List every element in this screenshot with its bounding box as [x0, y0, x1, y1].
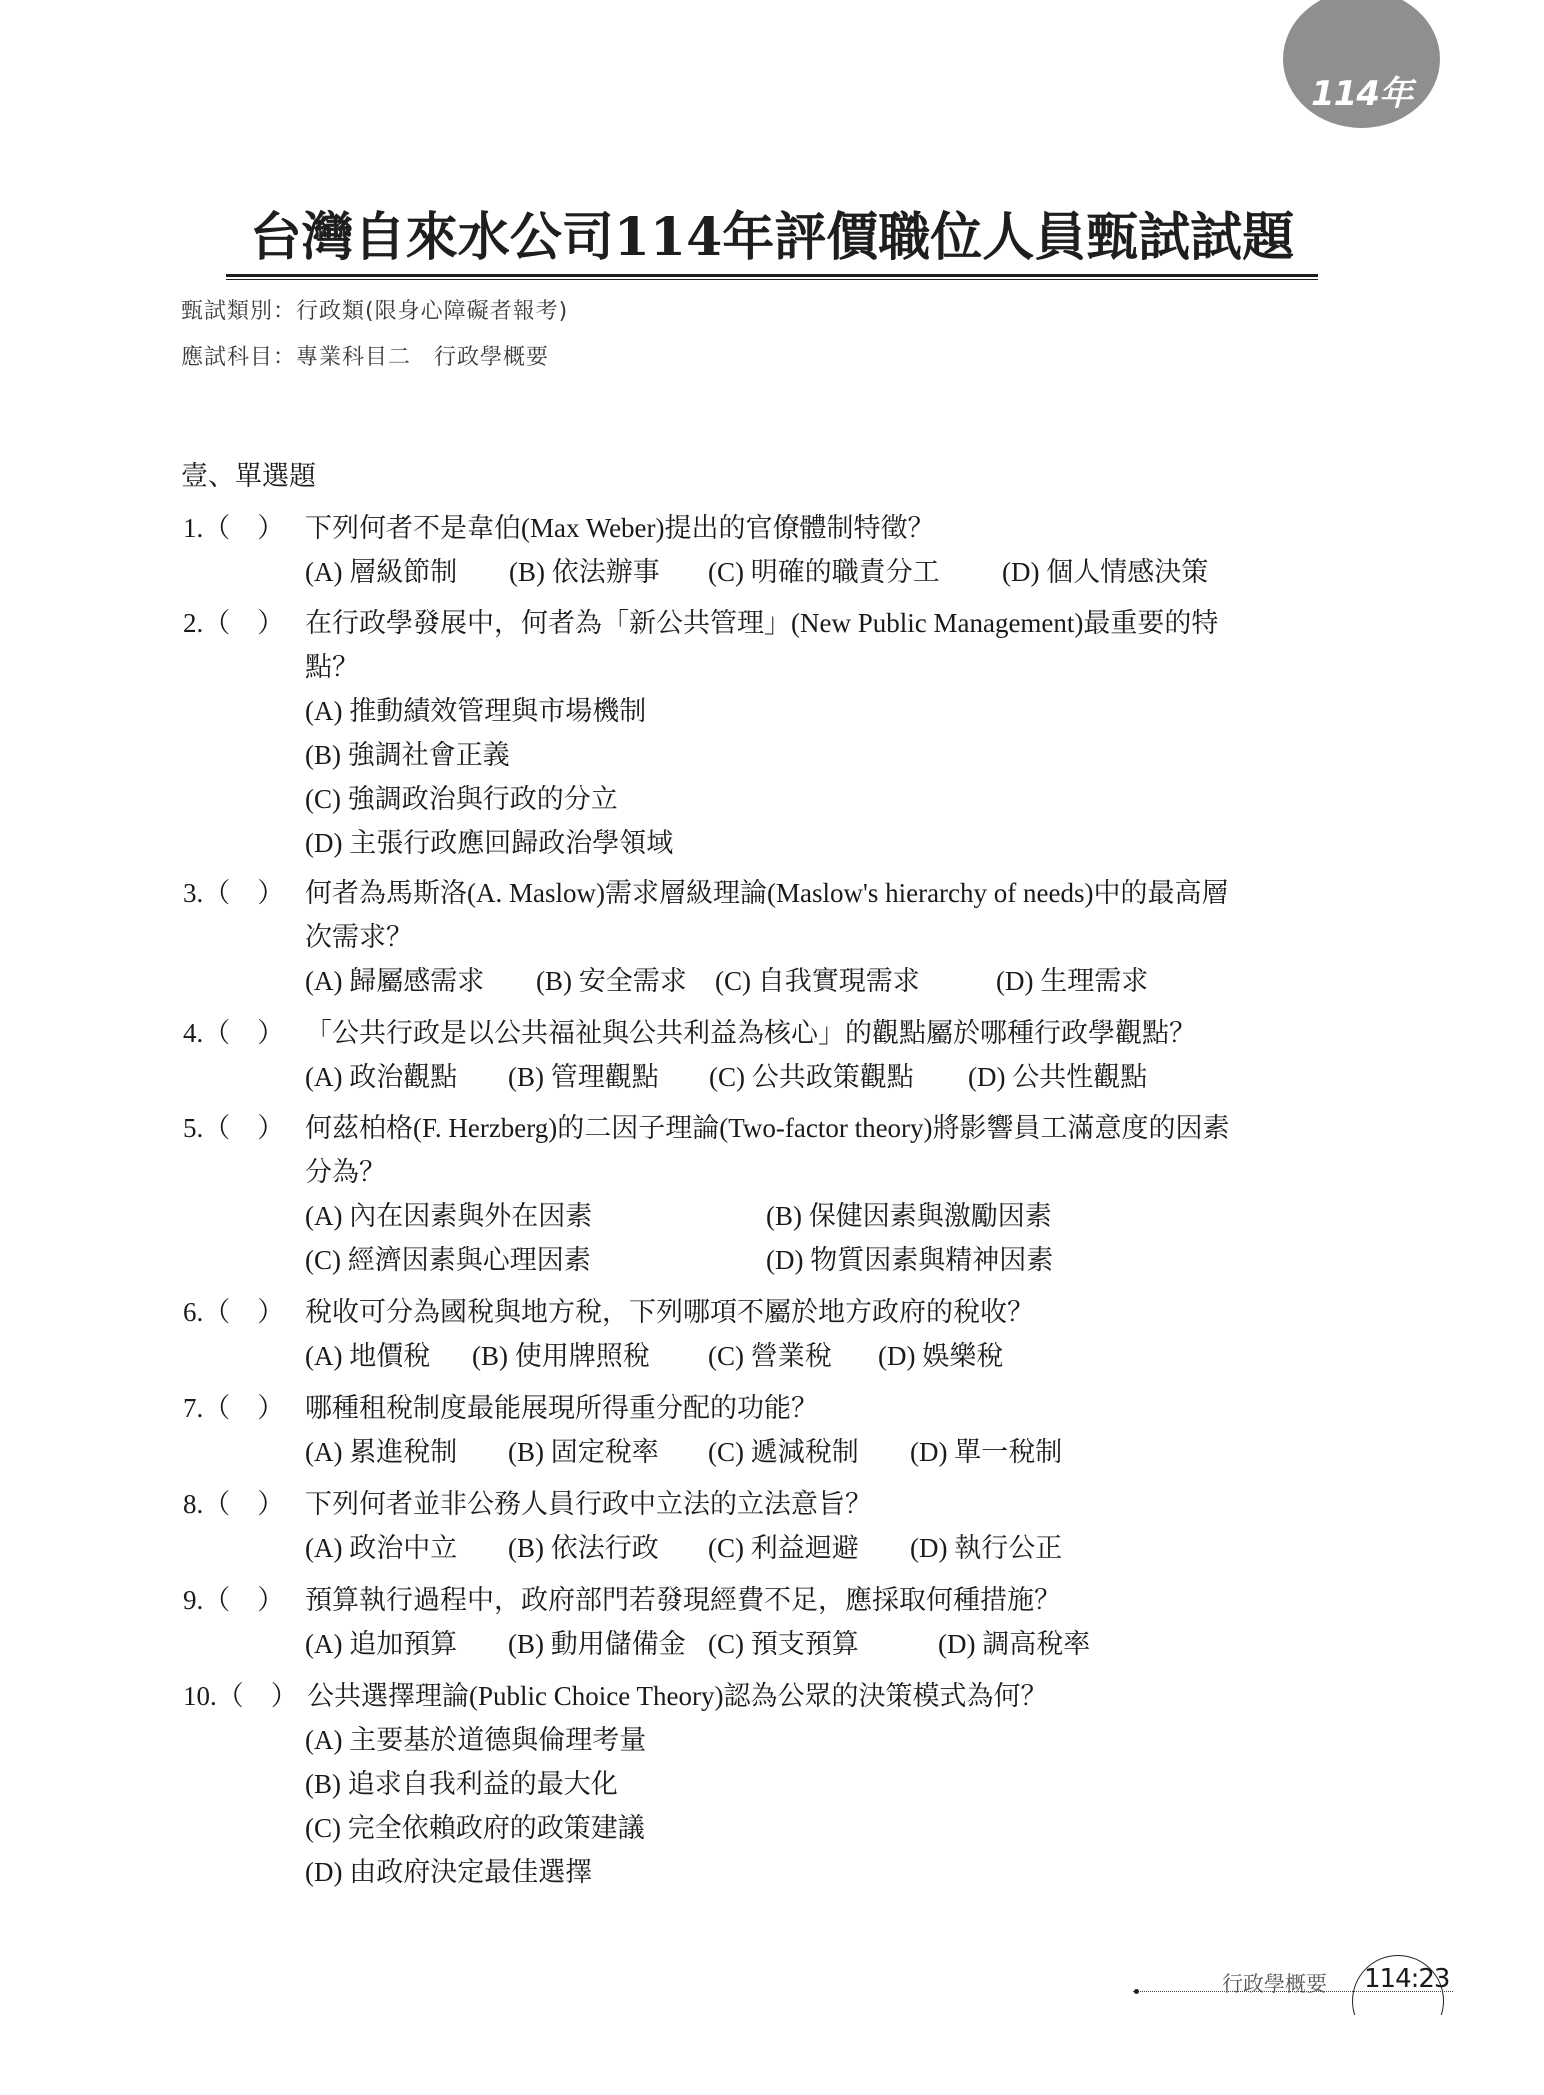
question-text-continued: 次需求？: [305, 919, 413, 955]
option-c: (C) 利益迴避: [708, 1530, 859, 1566]
question-text: 下列何者不是韋伯(Max Weber)提出的官僚體制特徵？: [305, 510, 935, 546]
option-a: (A) 推動績效管理與市場機制: [305, 693, 646, 729]
question-number: 5.（ ）: [183, 1110, 284, 1146]
exam-subject: 應試科目：專業科目二 行政學概要: [181, 343, 549, 373]
question-text: 在行政學發展中，何者為「新公共管理」(New Public Management…: [305, 605, 1218, 641]
option-a: (A) 地價稅: [305, 1338, 430, 1374]
option-c: (C) 營業稅: [708, 1338, 832, 1374]
exam-category: 甄試類別：行政類(限身心障礙者報考): [181, 297, 568, 327]
option-c: (C) 遞減稅制: [708, 1434, 859, 1470]
option-b: (B) 強調社會正義: [305, 737, 510, 773]
section-title: 壹、單選題: [181, 458, 316, 494]
option-a: (A) 內在因素與外在因素: [305, 1198, 592, 1234]
option-c: (C) 完全依賴政府的政策建議: [305, 1810, 645, 1846]
option-d: (D) 單一稅制: [910, 1434, 1062, 1470]
title-underline-thick: [226, 274, 1318, 277]
option-d: (D) 公共性觀點: [968, 1059, 1147, 1095]
title-underline-thin: [226, 279, 1318, 280]
option-b: (B) 追求自我利益的最大化: [305, 1766, 618, 1802]
option-d: (D) 個人情感決策: [1002, 554, 1208, 590]
option-d: (D) 由政府決定最佳選擇: [305, 1854, 592, 1890]
option-b: (B) 動用儲備金: [508, 1626, 686, 1662]
option-d: (D) 生理需求: [996, 963, 1148, 999]
question-number: 1.（ ）: [183, 510, 284, 546]
option-a: (A) 層級節制: [305, 554, 457, 590]
option-a: (A) 追加預算: [305, 1626, 457, 1662]
question-text: 何者為馬斯洛(A. Maslow)需求層級理論(Maslow's hierarc…: [305, 875, 1228, 911]
option-a: (A) 政治中立: [305, 1530, 457, 1566]
option-a: (A) 累進稅制: [305, 1434, 457, 1470]
option-b: (B) 固定稅率: [508, 1434, 659, 1470]
option-c: (C) 明確的職責分工: [708, 554, 940, 590]
option-d: (D) 主張行政應回歸政治學領域: [305, 825, 673, 861]
question-text: 哪種租稅制度最能展現所得重分配的功能？: [305, 1390, 818, 1426]
question-text: 何茲柏格(F. Herzberg)的二因子理論(Two-factor theor…: [305, 1110, 1230, 1146]
option-c: (C) 強調政治與行政的分立: [305, 781, 618, 817]
option-b: (B) 依法行政: [508, 1530, 659, 1566]
option-d: (D) 調高稅率: [938, 1626, 1090, 1662]
option-a: (A) 政治觀點: [305, 1059, 457, 1095]
page-title: 台灣自來水公司114年評價職位人員甄試試題: [226, 206, 1318, 270]
question-text: 稅收可分為國稅與地方稅，下列哪項不屬於地方政府的稅收？: [305, 1294, 1034, 1330]
question-number: 8.（ ）: [183, 1486, 284, 1522]
option-b: (B) 保健因素與激勵因素: [766, 1198, 1052, 1234]
option-b: (B) 使用牌照稅: [472, 1338, 650, 1374]
option-b: (B) 安全需求: [536, 963, 687, 999]
question-number: 4.（ ）: [183, 1015, 284, 1051]
option-d: (D) 物質因素與精神因素: [766, 1242, 1053, 1278]
question-text: 下列何者並非公務人員行政中立法的立法意旨？: [305, 1486, 872, 1522]
question-number: 2.（ ）: [183, 605, 284, 641]
option-b: (B) 依法辦事: [509, 554, 660, 590]
option-c: (C) 公共政策觀點: [709, 1059, 914, 1095]
option-d: (D) 娛樂稅: [878, 1338, 1003, 1374]
year-badge-text: 114年: [1283, 66, 1440, 115]
question-number: 6.（ ）: [183, 1294, 284, 1330]
page-number: 114:23: [1364, 1963, 1449, 1995]
question-text: 公共選擇理論(Public Choice Theory)認為公眾的決策模式為何？: [307, 1678, 1047, 1714]
option-c: (C) 經濟因素與心理因素: [305, 1242, 591, 1278]
question-text-continued: 分為？: [305, 1154, 386, 1190]
option-c: (C) 自我實現需求: [715, 963, 920, 999]
year-badge: 114年: [1283, 0, 1440, 128]
question-number: 3.（ ）: [183, 875, 284, 911]
question-text: 「公共行政是以公共福祉與公共利益為核心」的觀點屬於哪種行政學觀點？: [305, 1015, 1196, 1051]
option-a: (A) 歸屬感需求: [305, 963, 484, 999]
question-number: 10.（ ）: [183, 1678, 298, 1714]
option-c: (C) 預支預算: [708, 1626, 859, 1662]
option-b: (B) 管理觀點: [508, 1059, 659, 1095]
question-text-continued: 點？: [305, 649, 359, 685]
footer-bullet-dot: [1134, 1989, 1139, 1994]
question-number: 9.（ ）: [183, 1582, 284, 1618]
question-text: 預算執行過程中，政府部門若發現經費不足，應採取何種措施？: [305, 1582, 1061, 1618]
arc-mask: [1340, 2015, 1460, 2095]
question-number: 7.（ ）: [183, 1390, 284, 1426]
option-a: (A) 主要基於道德與倫理考量: [305, 1722, 646, 1758]
footer-subject: 行政學概要: [1222, 1970, 1327, 1998]
option-d: (D) 執行公正: [910, 1530, 1062, 1566]
